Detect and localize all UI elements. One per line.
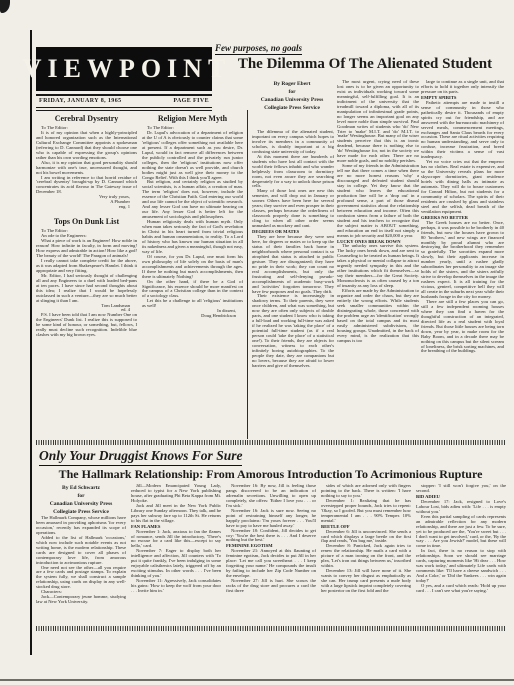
bottom-article-byline: By Ed SchwartzforCanadian University Pre… bbox=[36, 484, 126, 516]
paragraph: Jack—Contemporary jeune homme, studying … bbox=[36, 595, 126, 605]
left-page-rule bbox=[30, 30, 32, 655]
paragraph: Even this partial sampling of cards repr… bbox=[416, 515, 506, 550]
paragraph: December 8: Panicked, Jack again tries t… bbox=[321, 544, 411, 569]
masthead-title: VIEWPOINT bbox=[17, 54, 232, 84]
issue-date: FRIDAY, JANUARY 8, 1965 bbox=[39, 98, 122, 104]
letter-body: To The Editor:Dr. Lupul's advocation of … bbox=[142, 126, 243, 319]
paragraph: But religion, and certainly religion as … bbox=[142, 180, 243, 220]
paragraph: November 16: By now, Jill is feeling tho… bbox=[226, 484, 316, 509]
paragraph: By Ed Schwartz bbox=[36, 484, 126, 492]
bottom-article-headline: The Hallmark Relationship: From Amorous … bbox=[36, 467, 505, 482]
paragraph: There are still a few places you can go,… bbox=[421, 300, 504, 354]
paragraph: At this moment there are hundreds of stu… bbox=[252, 155, 334, 190]
paragraph: O yes, and a card which reads: 'Hold up … bbox=[416, 584, 506, 594]
paragraph: One need not see the other—all you requi… bbox=[36, 566, 126, 591]
paragraph: Dr. Lupul's advocation of a department o… bbox=[142, 131, 243, 181]
bottom-article-column-2: Jill—Modern Emancipated Young Lady, redu… bbox=[131, 484, 221, 624]
column-divider-rule bbox=[247, 110, 248, 439]
paragraph: November 16: Jack is sure now. Seeing no… bbox=[226, 509, 316, 529]
paragraph: Of course, for you Dr. Lupul, one must f… bbox=[142, 255, 243, 280]
letter-religion-mere-myth: Religion Mere Myth To The Editor:Dr. Lup… bbox=[142, 114, 243, 319]
paragraph: November 27: Jill is hurt. She scours th… bbox=[226, 579, 316, 594]
paragraph: On the other hand, if there be a God of … bbox=[142, 280, 243, 300]
paragraph: large to continue as a single unit, and … bbox=[421, 80, 504, 95]
paragraph: Many of those lost ones are new this sem… bbox=[252, 189, 334, 229]
main-article-column-1: The dilemma of the alienated student, im… bbox=[252, 130, 334, 438]
paragraph: for bbox=[250, 88, 334, 96]
paragraph: In fact, there is no reason to stop with… bbox=[416, 549, 506, 584]
letter-headline: Religion Mere Myth bbox=[142, 114, 243, 123]
section-divider-dashed bbox=[36, 626, 505, 631]
main-article-column-3: large to continue as a single unit, and … bbox=[421, 80, 504, 438]
paragraph: December 17: Jack, resigned to Love's La… bbox=[416, 500, 506, 515]
paragraph: The Hallmark Company, whose millions hav… bbox=[36, 516, 126, 536]
paragraph: Yet no voice cries out that the emperor … bbox=[421, 160, 504, 214]
paragraph: Also, it is my opinion that good persona… bbox=[36, 161, 137, 176]
paragraph: Collegiate Press Service bbox=[250, 104, 334, 112]
bottom-article-kicker: Only Your Druggist Knows For Sure bbox=[39, 448, 242, 466]
paragraph: stopper: 'I still won't forgive you,' on… bbox=[416, 484, 506, 494]
bottom-article-column-4: sides of which are adorned only with fin… bbox=[321, 484, 411, 624]
main-article-headline: The Dilemma Of The Alienated Student bbox=[220, 56, 510, 73]
letters-column-2: Religion Mere Myth To The Editor:Dr. Lup… bbox=[142, 112, 243, 439]
paragraph: sides of which are adorned only with fin… bbox=[321, 484, 411, 499]
bottom-article-col1-body: The Hallmark Company, whose millions hav… bbox=[36, 516, 126, 605]
newspaper-page: VIEWPOINT FRIDAY, JANUARY 8, 1965 PAGE F… bbox=[0, 0, 514, 685]
main-article-column-2: The most urgent, crying need of these lo… bbox=[337, 80, 419, 438]
page-number: PAGE FIVE bbox=[173, 98, 209, 104]
letters-column-1: Cerebral Dysentry To The Editor:It is of… bbox=[36, 112, 137, 439]
paragraph: December 1: Realizing that he has overst… bbox=[321, 499, 411, 524]
paragraph: December 13: Jill will have none of it. … bbox=[321, 569, 411, 594]
main-article-kicker: Few purposes, no goals bbox=[215, 43, 302, 55]
paragraph: By Roger Ebert bbox=[250, 80, 334, 88]
signature-line: eng. 1 bbox=[36, 205, 137, 210]
paragraph: Jill—Modern Emancipated Young Lady, redu… bbox=[131, 484, 221, 504]
paragraph: Their existence is increasingly in shado… bbox=[252, 294, 334, 368]
paragraph: November 18: Confident, Jill decides to … bbox=[226, 529, 316, 544]
main-article-byline: By Roger EbertforCanadian University Pre… bbox=[250, 80, 334, 112]
paragraph: I really cannot take complete credit for… bbox=[36, 259, 137, 274]
paragraph: Canadian University Press bbox=[250, 96, 334, 104]
paragraph: The most urgent, crying need of these lo… bbox=[337, 80, 419, 164]
letter-body: To The Editor:It is of my opinion that w… bbox=[36, 126, 137, 210]
paragraph: The Greek houses are no better. Once, pe… bbox=[421, 221, 504, 300]
letter-cerebral-dysentry: Cerebral Dysentry To The Editor:It is of… bbox=[36, 114, 137, 210]
paragraph: The dilemma of the alienated student, im… bbox=[252, 130, 334, 155]
letter-tops-on-dunk-list: Tops On Dunk List To The Editor:An ode t… bbox=[36, 217, 137, 338]
paragraph: November 1: Jack, anxious to fan the fla… bbox=[131, 530, 221, 550]
paragraph: The unlucky ones survive this system. Th… bbox=[337, 244, 419, 289]
paragraph: November 7: Eager to display both her in… bbox=[131, 549, 221, 579]
bottom-article-column-1: By Ed SchwartzforCanadian University Pre… bbox=[36, 484, 126, 624]
letter-headline: Cerebral Dysentry bbox=[36, 114, 137, 123]
paragraph: I am writing in reference to that horrid… bbox=[36, 176, 137, 196]
letter-headline: Tops On Dunk List bbox=[36, 217, 137, 226]
paragraph: Pathetic attempts are made to instill a … bbox=[421, 101, 504, 160]
paragraph: It is of my opinion that when a highly-p… bbox=[36, 131, 137, 161]
paragraph: P.S. I have been told that I am now Numb… bbox=[36, 313, 137, 338]
paragraph: Human religiosity deals with human myth.… bbox=[142, 220, 243, 255]
masthead: VIEWPOINT bbox=[36, 47, 212, 91]
paragraph: Canadian University Press bbox=[36, 500, 126, 508]
paragraph: What a piece of work is an Engineer! How… bbox=[36, 239, 137, 259]
paragraph: Added to the list of Hallmark 'occasions… bbox=[36, 536, 126, 566]
paragraph: Efforts are made by the Administration t… bbox=[337, 289, 419, 343]
paragraph: Mr. Editor, I had seriously thought of c… bbox=[36, 274, 137, 304]
paragraph: December 6: Jill is unconvinced. She sen… bbox=[321, 530, 411, 545]
bottom-article-column-5: stopper: 'I still won't forgive you,' on… bbox=[416, 484, 506, 624]
date-bar: FRIDAY, JANUARY 8, 1965 PAGE FIVE bbox=[36, 94, 212, 111]
paragraph: Some of my friends in the Administration… bbox=[337, 164, 419, 238]
paragraph: November 11: Agressively, Jack consolida… bbox=[131, 579, 221, 594]
scan-artifact bbox=[0, 0, 10, 13]
scan-edge-line bbox=[0, 679, 514, 681]
bottom-article-column-3: November 16: By now, Jill is feeling tho… bbox=[226, 484, 316, 624]
paragraph: November 21: Annoyed at this flaunting o… bbox=[226, 549, 316, 579]
letter-body: To The Editor:An ode to the Engineers:Wh… bbox=[36, 229, 137, 338]
signature-line: Doug Hendrickson bbox=[142, 314, 243, 319]
section-divider-dashed bbox=[36, 440, 505, 445]
paragraph: for bbox=[36, 492, 126, 500]
paragraph: Jack and Jill meet in the New York Publi… bbox=[131, 504, 221, 524]
paragraph: They are here because they were sent her… bbox=[252, 235, 334, 294]
